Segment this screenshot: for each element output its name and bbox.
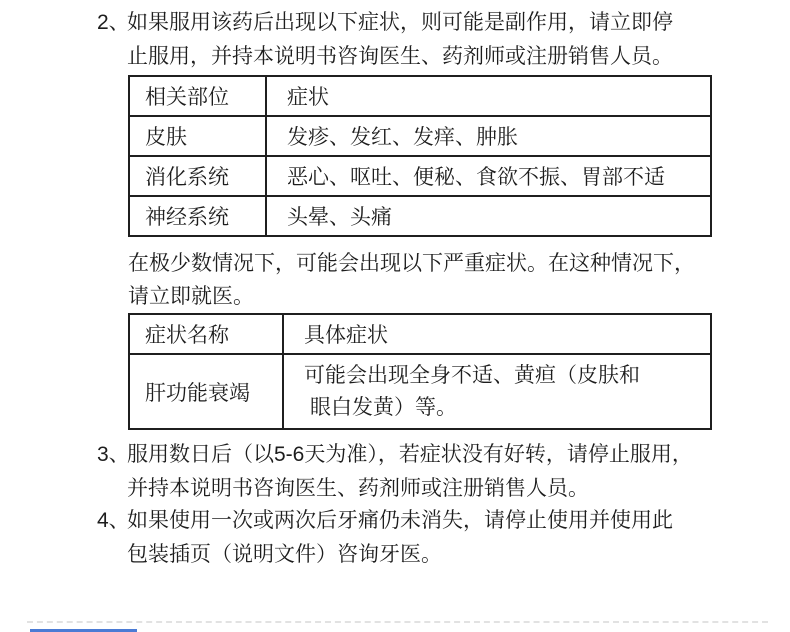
list-item-4-line-1: 如果使用一次或两次后牙痛仍未消失，请停止使用并使用此: [127, 504, 673, 538]
medication-instructions-page: 2、 如果服用该药后出现以下症状，则可能是副作用，请立即停 止服用，并持本说明书…: [0, 0, 790, 632]
table-row: 肝功能衰竭 可能会出现全身不适、黄疸（皮肤和 眼白发黄）等。: [129, 354, 711, 429]
header-cell-symptoms: 症状: [266, 76, 711, 116]
cell-symptom-name: 肝功能衰竭: [129, 354, 283, 429]
list-item-3-text: 服用数日后（以5-6天为准），若症状没有好转，请停止服用， 并持本说明书咨询医生…: [127, 438, 693, 506]
list-item-3-line-2: 并持本说明书咨询医生、药剂师或注册销售人员。: [127, 472, 693, 506]
list-item-4-line-2: 包装插页（说明文件）咨询牙医。: [127, 538, 673, 572]
severe-symptoms-table: 症状名称 具体症状 肝功能衰竭 可能会出现全身不适、黄疸（皮肤和 眼白发黄）等。: [128, 313, 712, 430]
table-row: 皮肤 发疹、发红、发痒、肿胀: [129, 116, 711, 156]
cell-body-part: 神经系统: [129, 196, 266, 236]
table-row: 神经系统 头晕、头痛: [129, 196, 711, 236]
list-item-3-line-1: 服用数日后（以5-6天为准），若症状没有好转，请停止服用，: [127, 438, 693, 472]
list-item-3-number: 3、: [97, 438, 127, 472]
header-cell-body-part: 相关部位: [129, 76, 266, 116]
list-item-3: 3、 服用数日后（以5-6天为准），若症状没有好转，请停止服用， 并持本说明书咨…: [97, 438, 693, 506]
cell-symptoms: 头晕、头痛: [266, 196, 711, 236]
list-item-2: 2、 如果服用该药后出现以下症状，则可能是副作用，请立即停 止服用，并持本说明书…: [97, 6, 673, 74]
list-item-2-line-2: 止服用，并持本说明书咨询医生、药剂师或注册销售人员。: [127, 40, 673, 74]
list-item-4: 4、 如果使用一次或两次后牙痛仍未消失，请停止使用并使用此 包装插页（说明文件）…: [97, 504, 673, 572]
side-effects-table: 相关部位 症状 皮肤 发疹、发红、发痒、肿胀 消化系统 恶心、呕吐、便秘、食欲不…: [128, 75, 712, 237]
list-item-4-number: 4、: [97, 504, 127, 538]
header-cell-symptom-detail: 具体症状: [283, 314, 711, 354]
symptom-detail-line-2: 眼白发黄）等。: [304, 392, 710, 424]
list-item-2-number: 2、: [97, 6, 127, 40]
note-line-1: 在极少数情况下，可能会出现以下严重症状。在这种情况下，: [128, 247, 695, 280]
table-header-row: 相关部位 症状: [129, 76, 711, 116]
list-item-4-text: 如果使用一次或两次后牙痛仍未消失，请停止使用并使用此 包装插页（说明文件）咨询牙…: [127, 504, 673, 572]
cell-symptoms: 恶心、呕吐、便秘、食欲不振、胃部不适: [266, 156, 711, 196]
header-cell-symptom-name: 症状名称: [129, 314, 283, 354]
cell-body-part: 皮肤: [129, 116, 266, 156]
list-item-2-text: 如果服用该药后出现以下症状，则可能是副作用，请立即停 止服用，并持本说明书咨询医…: [127, 6, 673, 74]
cell-body-part: 消化系统: [129, 156, 266, 196]
section-dashed-divider: [27, 621, 768, 623]
symptom-detail-line-1: 可能会出现全身不适、黄疸（皮肤和: [304, 360, 710, 392]
table-row: 消化系统 恶心、呕吐、便秘、食欲不振、胃部不适: [129, 156, 711, 196]
list-item-2-line-1: 如果服用该药后出现以下症状，则可能是副作用，请立即停: [127, 6, 673, 40]
note-line-2: 请立即就医。: [128, 280, 695, 313]
cell-symptom-detail: 可能会出现全身不适、黄疸（皮肤和 眼白发黄）等。: [283, 354, 711, 429]
severe-symptom-note: 在极少数情况下，可能会出现以下严重症状。在这种情况下， 请立即就医。: [128, 247, 695, 313]
cell-symptoms: 发疹、发红、发痒、肿胀: [266, 116, 711, 156]
table-header-row: 症状名称 具体症状: [129, 314, 711, 354]
